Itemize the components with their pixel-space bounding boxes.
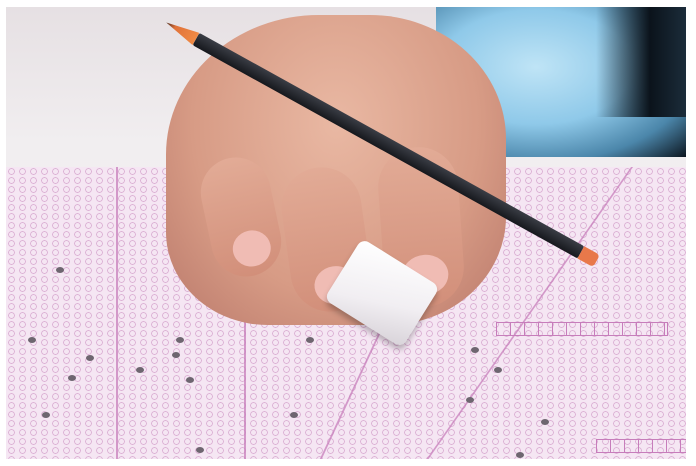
filled-bubble — [86, 355, 94, 361]
filled-bubble — [172, 352, 180, 358]
filled-bubble — [42, 412, 50, 418]
filled-bubble — [56, 267, 64, 273]
filled-bubble — [306, 337, 314, 343]
filled-bubble — [466, 397, 474, 403]
filled-bubble — [136, 367, 144, 373]
photo — [6, 7, 686, 459]
column-separator — [116, 167, 118, 459]
dark-background-corner — [596, 7, 686, 117]
filled-bubble — [516, 452, 524, 458]
filled-bubble — [28, 337, 36, 343]
filled-bubble — [186, 377, 194, 383]
filled-bubble — [290, 412, 298, 418]
filled-bubble — [471, 347, 479, 353]
fingernail — [229, 227, 274, 270]
filled-bubble — [196, 447, 204, 453]
filled-bubble — [494, 367, 502, 373]
id-box-row — [596, 439, 686, 453]
filled-bubble — [68, 375, 76, 381]
filled-bubble — [541, 419, 549, 425]
filled-bubble — [176, 337, 184, 343]
id-box-row — [496, 322, 668, 336]
